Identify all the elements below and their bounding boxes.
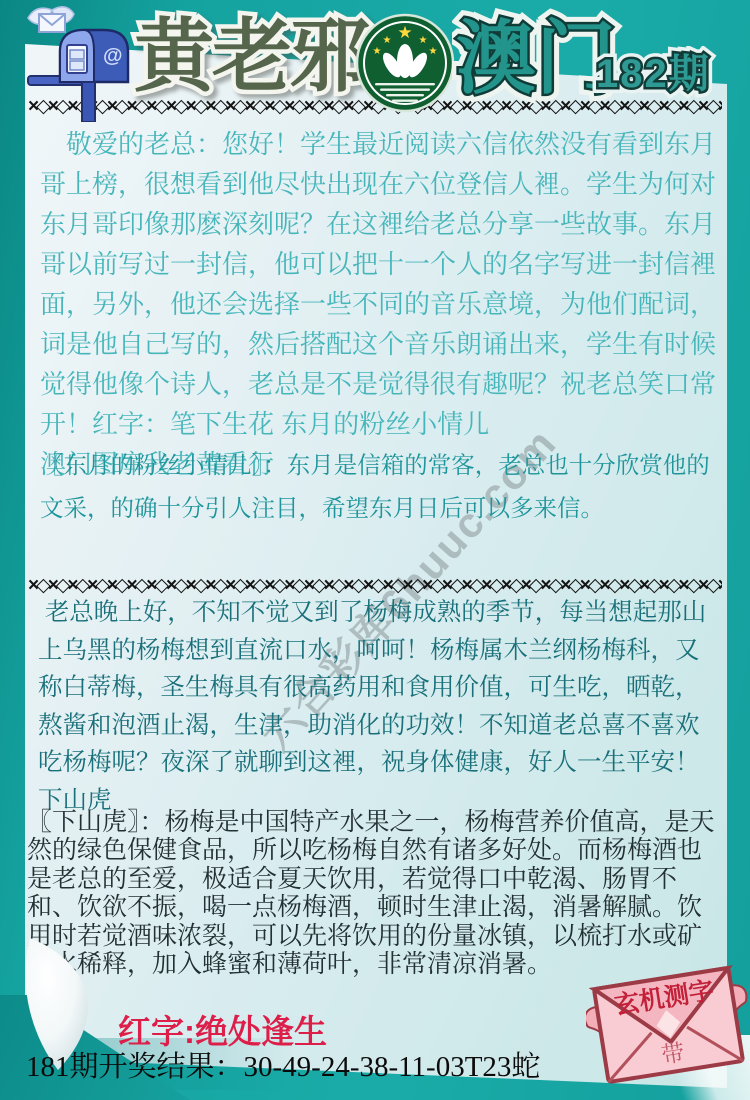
page-title-main: 黄老邪 — [130, 4, 386, 108]
letter2-body: 老总晚上好，不知不觉又到了杨梅成熟的季节，每当想起那山上乌黑的杨梅想到直流口水，… — [38, 594, 722, 819]
star-icon: ★ — [383, 35, 392, 46]
previous-result: 181期开奖结果：30-49-24-38-11-03T23蛇 — [26, 1044, 540, 1085]
issue-number-badge: 182期 182期 — [590, 46, 740, 100]
mystery-envelope-graphic: 玄机测字 带 — [586, 950, 750, 1100]
macau-lotus-logo: ★ ★ ★ ★ ★ — [352, 13, 458, 114]
envelope-inner-label: 带 — [660, 1039, 687, 1068]
star-icon: ★ — [419, 35, 428, 46]
mailbox-icon: @ — [22, 0, 142, 122]
star-icon: ★ — [429, 46, 438, 57]
svg-text:@: @ — [103, 45, 123, 67]
letter1-reply: 〖东月的粉丝小情儿〗：东月是信箱的常客，老总也十分欣赏他的文采，的确十分引人注目… — [40, 444, 726, 530]
svg-text:182期: 182期 — [596, 52, 711, 96]
star-icon: ★ — [373, 46, 382, 57]
page: 六合彩库6huuc.com @ 黄老邪 ★ ★ ★ ★ ★ — [0, 0, 750, 1100]
winged-envelope-icon — [28, 7, 74, 32]
star-icon: ★ — [397, 23, 412, 42]
chain-divider-middle: ×◇×◇×◇×◇×◇×◇×◇×◇×◇×◇×◇×◇×◇×◇×◇×◇×◇×◇×◇×◇… — [28, 576, 722, 596]
letter1-body: 敬爱的老总：您好！学生最近阅读六信依然没有看到东月哥上榜，很想看到他尽快出现在六… — [40, 124, 720, 484]
svg-text:黄老邪: 黄老邪 — [134, 12, 370, 101]
